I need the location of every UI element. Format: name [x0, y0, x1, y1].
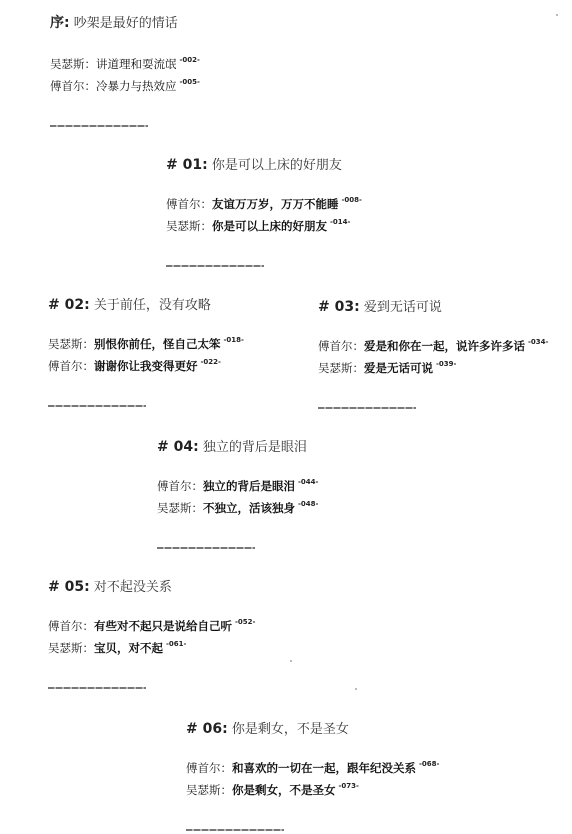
- page-number: -052-: [235, 618, 255, 626]
- speaker: 吴瑟斯：: [157, 501, 203, 515]
- toc-entry[interactable]: 傅首尔：冷暴力与热效应-005-: [50, 73, 200, 95]
- toc-chapter-03: # 03: 爱到无话可说 傅首尔：爱是和你在一起，说许多许多话-034- 吴瑟斯…: [318, 298, 548, 409]
- entry-title: 冷暴力与热效应: [96, 79, 177, 93]
- toc-chapter-02: # 02: 关于前任，没有攻略 吴瑟斯：别恨你前任，怪自己太笨-018- 傅首尔…: [48, 296, 244, 407]
- page-number: -039-: [436, 360, 456, 368]
- speaker: 傅首尔：: [318, 339, 364, 353]
- toc-entry[interactable]: 傅首尔：谢谢你让我变得更好-022-: [48, 353, 244, 375]
- toc-entry[interactable]: 吴瑟斯：不独立，活该独身-048-: [157, 495, 318, 517]
- entry-title: 不独立，活该独身: [203, 501, 295, 515]
- entry-title: 你是剩女，不是圣女: [232, 783, 336, 797]
- chapter-title: 对不起没关系: [94, 580, 172, 595]
- preface-label: 序:: [50, 15, 70, 31]
- toc-preface: 序: 吵架是最好的情话 吴瑟斯：讲道理和耍流氓-002- 傅首尔：冷暴力与热效应…: [50, 14, 200, 127]
- toc-entry[interactable]: 吴瑟斯：你是剩女，不是圣女-073-: [186, 777, 439, 799]
- entry-title: 别恨你前任，怪自己太笨: [94, 337, 221, 351]
- page-number: -034-: [528, 338, 548, 346]
- entry-title: 宝贝，对不起: [94, 641, 163, 655]
- page-number: -018-: [224, 336, 244, 344]
- page-number: -048-: [298, 500, 318, 508]
- chapter-number: # 04:: [157, 439, 199, 455]
- chapter-number: # 02:: [48, 297, 90, 313]
- toc-chapter-05: # 05: 对不起没关系 傅首尔：有些对不起只是说给自己听-052- 吴瑟斯：宝…: [48, 578, 255, 689]
- entry-title: 谢谢你让我变得更好: [94, 359, 198, 373]
- chapter-number: # 05:: [48, 579, 90, 595]
- chapter-heading: # 04: 独立的背后是眼泪: [157, 438, 318, 457]
- speaker: 傅首尔：: [157, 479, 203, 493]
- speaker: 吴瑟斯：: [48, 337, 94, 351]
- chapter-heading: # 01: 你是可以上床的好朋友: [166, 156, 362, 175]
- divider: [48, 405, 146, 407]
- chapter-title: 你是可以上床的好朋友: [212, 158, 342, 173]
- speaker: 吴瑟斯：: [50, 57, 96, 71]
- toc-entry[interactable]: 傅首尔：爱是和你在一起，说许多许多话-034-: [318, 333, 548, 355]
- toc-entry[interactable]: 傅首尔：独立的背后是眼泪-044-: [157, 473, 318, 495]
- toc-entry[interactable]: 吴瑟斯：讲道理和耍流氓-002-: [50, 51, 200, 73]
- toc-entry[interactable]: 傅首尔：友谊万万岁，万万不能睡-008-: [166, 191, 362, 213]
- divider: [186, 829, 284, 831]
- divider: [166, 265, 264, 267]
- scan-speck: [556, 14, 558, 16]
- chapter-title: 爱到无话可说: [364, 300, 442, 315]
- chapter-title: 关于前任，没有攻略: [94, 298, 211, 313]
- toc-entry[interactable]: 傅首尔：和喜欢的一切在一起，跟年纪没关系-068-: [186, 755, 439, 777]
- divider: [318, 407, 416, 409]
- entry-title: 友谊万万岁，万万不能睡: [212, 197, 339, 211]
- speaker: 傅首尔：: [186, 761, 232, 775]
- entry-title: 你是可以上床的好朋友: [212, 219, 327, 233]
- page-number: -022-: [201, 358, 221, 366]
- toc-entry[interactable]: 吴瑟斯：别恨你前任，怪自己太笨-018-: [48, 331, 244, 353]
- chapter-heading: # 03: 爱到无话可说: [318, 298, 548, 317]
- entry-title: 讲道理和耍流氓: [96, 57, 177, 71]
- speaker: 傅首尔：: [50, 79, 96, 93]
- page-number: -073-: [339, 782, 359, 790]
- chapter-number: # 03:: [318, 299, 360, 315]
- page-number: -061-: [166, 640, 186, 648]
- toc-chapter-01: # 01: 你是可以上床的好朋友 傅首尔：友谊万万岁，万万不能睡-008- 吴瑟…: [166, 156, 362, 267]
- chapter-heading: # 02: 关于前任，没有攻略: [48, 296, 244, 315]
- chapter-number: # 01:: [166, 157, 208, 173]
- entry-title: 和喜欢的一切在一起，跟年纪没关系: [232, 761, 416, 775]
- entry-title: 有些对不起只是说给自己听: [94, 619, 232, 633]
- toc-entry[interactable]: 傅首尔：有些对不起只是说给自己听-052-: [48, 613, 255, 635]
- speaker: 傅首尔：: [48, 619, 94, 633]
- speaker: 吴瑟斯：: [318, 361, 364, 375]
- page-number: -008-: [342, 196, 362, 204]
- chapter-heading: # 06: 你是剩女，不是圣女: [186, 720, 439, 739]
- toc-entry[interactable]: 吴瑟斯：爱是无话可说-039-: [318, 355, 548, 377]
- speaker: 吴瑟斯：: [186, 783, 232, 797]
- page-number: -014-: [330, 218, 350, 226]
- speaker: 傅首尔：: [166, 197, 212, 211]
- scan-speck: [290, 660, 292, 662]
- scan-speck: [355, 688, 357, 690]
- toc-chapter-06: # 06: 你是剩女，不是圣女 傅首尔：和喜欢的一切在一起，跟年纪没关系-068…: [186, 720, 439, 831]
- divider: [50, 125, 148, 127]
- preface-heading: 序: 吵架是最好的情话: [50, 14, 200, 33]
- toc-entry[interactable]: 吴瑟斯：宝贝，对不起-061-: [48, 635, 255, 657]
- divider: [157, 547, 255, 549]
- chapter-number: # 06:: [186, 721, 228, 737]
- entry-title: 爱是和你在一起，说许多许多话: [364, 339, 525, 353]
- page-number: -068-: [419, 760, 439, 768]
- chapter-title: 独立的背后是眼泪: [203, 440, 307, 455]
- toc-chapter-04: # 04: 独立的背后是眼泪 傅首尔：独立的背后是眼泪-044- 吴瑟斯：不独立…: [157, 438, 318, 549]
- speaker: 傅首尔：: [48, 359, 94, 373]
- chapter-title: 你是剩女，不是圣女: [232, 722, 349, 737]
- page-number: -002-: [180, 56, 200, 64]
- toc-entry[interactable]: 吴瑟斯：你是可以上床的好朋友-014-: [166, 213, 362, 235]
- page-number: -005-: [180, 78, 200, 86]
- divider: [48, 687, 146, 689]
- entry-title: 独立的背后是眼泪: [203, 479, 295, 493]
- speaker: 吴瑟斯：: [48, 641, 94, 655]
- chapter-heading: # 05: 对不起没关系: [48, 578, 255, 597]
- preface-title: 吵架是最好的情话: [74, 16, 178, 31]
- entry-title: 爱是无话可说: [364, 361, 433, 375]
- page-number: -044-: [298, 478, 318, 486]
- speaker: 吴瑟斯：: [166, 219, 212, 233]
